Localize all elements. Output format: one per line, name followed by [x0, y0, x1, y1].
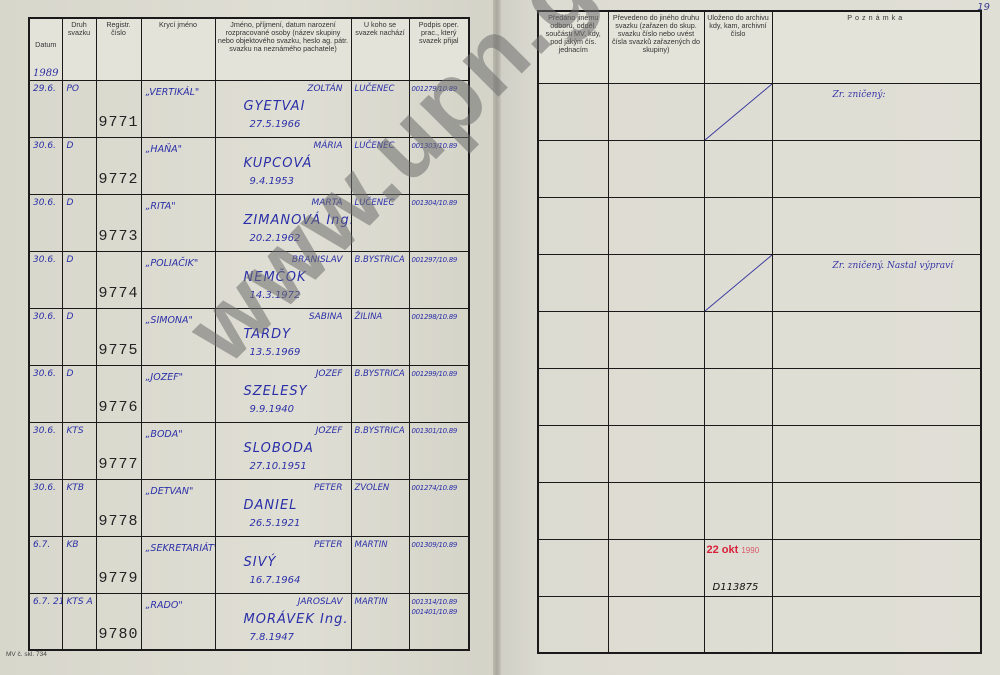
location-cell: B.BYSTRICA	[351, 365, 409, 422]
ledger-row-right: 22 okt 1990D113875	[538, 539, 981, 596]
kryci-cell: „DETVAN"	[141, 479, 215, 536]
location: MARTIN	[355, 540, 388, 550]
left-ledger-table: Datum 1989 Druh svazku Registr. číslo Kr…	[28, 17, 470, 651]
kryci-cell: „BODA"	[141, 422, 215, 479]
note: Zr. zničený:	[833, 90, 886, 100]
person-cell: PETERSIVÝ16.7.1964	[215, 536, 351, 593]
converted-cell	[608, 482, 704, 539]
person-cell: JAROSLAVMORÁVEK Ing.7.8.1947	[215, 593, 351, 650]
registration-number: 19777	[96, 456, 139, 473]
date: 30.6.	[33, 426, 56, 436]
last-name: ZIMANOVÁ Ing.	[244, 213, 352, 228]
file-type: D	[67, 312, 74, 322]
last-name: MORÁVEK Ing.	[244, 612, 349, 627]
person-cell: MÁRIAKUPCOVÁ9.4.1953	[215, 137, 351, 194]
date: 30.6.	[33, 312, 56, 322]
birth-date: 26.5.1921	[250, 518, 301, 529]
ledger-row-right	[538, 425, 981, 482]
location: B.BYSTRICA	[355, 369, 405, 379]
location-cell: LUČENEC	[351, 80, 409, 137]
birth-date: 27.5.1966	[250, 119, 301, 130]
reg-cell: 19777	[96, 422, 141, 479]
signature-cell: 001301/10.89	[409, 422, 469, 479]
location-cell: LUČENEC	[351, 137, 409, 194]
transferred-cell	[538, 539, 608, 596]
date-cell: 6.7. 21.11.89	[29, 593, 62, 650]
header-u-koho: U koho se svazek nachází	[351, 18, 409, 80]
transferred-cell	[538, 83, 608, 140]
druh-cell: KTS A	[62, 593, 96, 650]
header-ulozeno: Uloženo do archivu kdy, kam, archivní čí…	[704, 11, 772, 83]
location-cell: ŽILINA	[351, 308, 409, 365]
signature-ref: 001299/10.89	[412, 370, 458, 378]
converted-cell	[608, 83, 704, 140]
archived-cell	[704, 311, 772, 368]
archived-cell	[704, 425, 772, 482]
ledger-row: 29.6.PO19771„VERTIKÁL"ZOLTÁNGYETVAI27.5.…	[29, 80, 469, 137]
ledger-row: 30.6.D19774„POLIAČIK"BRANISLAVNEMČOK14.3…	[29, 251, 469, 308]
file-type: KTS A	[67, 597, 93, 607]
note-cell	[772, 140, 981, 197]
kryci-cell: „VERTIKÁL"	[141, 80, 215, 137]
kryci-cell: „SIMONA"	[141, 308, 215, 365]
converted-cell	[608, 539, 704, 596]
date-cell: 30.6.	[29, 251, 62, 308]
birth-date: 20.2.1962	[250, 233, 301, 244]
transferred-cell	[538, 596, 608, 653]
ledger-row-right	[538, 368, 981, 425]
signature-ref: 001297/10.89	[412, 256, 458, 264]
note-cell	[772, 596, 981, 653]
note-cell	[772, 311, 981, 368]
transferred-cell	[538, 197, 608, 254]
header-druh: Druh svazku	[62, 18, 96, 80]
location: LUČENEC	[355, 198, 395, 208]
note-cell	[772, 539, 981, 596]
location: ZVOLEN	[355, 483, 390, 493]
ledger-row: 30.6.D19772„HAŇA"MÁRIAKUPCOVÁ9.4.1953LUČ…	[29, 137, 469, 194]
registration-number: 19772	[96, 171, 139, 188]
signature-ref: 001303/10.89	[412, 142, 458, 150]
kryci-cell: „JOZEF"	[141, 365, 215, 422]
druh-cell: KTB	[62, 479, 96, 536]
registration-number: 19780	[96, 626, 139, 643]
druh-cell: D	[62, 251, 96, 308]
archived-cell	[704, 596, 772, 653]
date-cell: 30.6.	[29, 365, 62, 422]
converted-cell	[608, 254, 704, 311]
converted-cell	[608, 197, 704, 254]
birth-date: 13.5.1969	[250, 347, 301, 358]
druh-cell: KTS	[62, 422, 96, 479]
reg-cell: 19773	[96, 194, 141, 251]
date: 30.6.	[33, 198, 56, 208]
header-poznamka: Poznámka	[772, 11, 981, 83]
druh-cell: PO	[62, 80, 96, 137]
ledger-row: 30.6.D19776„JOZEF"JOZEFSZELESY9.9.1940B.…	[29, 365, 469, 422]
transferred-cell	[538, 140, 608, 197]
signature-cell: 001303/10.89	[409, 137, 469, 194]
signature-cell: 001309/10.89	[409, 536, 469, 593]
header-datum-label: Datum	[30, 41, 62, 49]
archived-cell	[704, 197, 772, 254]
location-cell: MARTIN	[351, 536, 409, 593]
person-cell: PETERDANIEL26.5.1921	[215, 479, 351, 536]
file-type: D	[67, 369, 74, 379]
registration-number: 19778	[96, 513, 139, 530]
ledger-row: 30.6.D19775„SIMONA"SABINATARDY13.5.1969Ž…	[29, 308, 469, 365]
ledger-row: 6.7.KB19779„SEKRETARIÁT"PETERSIVÝ16.7.19…	[29, 536, 469, 593]
header-registr: Registr. číslo	[96, 18, 141, 80]
date: 30.6.	[33, 141, 56, 151]
file-type: KTS	[67, 426, 84, 436]
header-kryci-jmeno: Krycí jméno	[141, 18, 215, 80]
archive-stamp: 22 okt 1990	[707, 544, 760, 556]
file-type: PO	[67, 84, 80, 94]
archived-cell	[704, 140, 772, 197]
date-cell: 30.6.	[29, 479, 62, 536]
header-podpis: Podpis oper. prac., který svazek přijal	[409, 18, 469, 80]
signature-cell: 001299/10.89	[409, 365, 469, 422]
reg-cell: 19780	[96, 593, 141, 650]
cover-name: „RITA"	[146, 201, 176, 212]
file-type: KB	[67, 540, 79, 550]
signature-ref: 001304/10.89	[412, 199, 458, 207]
cover-name: „RADO"	[146, 600, 183, 611]
kryci-cell: „HAŇA"	[141, 137, 215, 194]
date-cell: 30.6.	[29, 422, 62, 479]
ledger-row: 6.7. 21.11.89KTS A19780„RADO"JAROSLAVMOR…	[29, 593, 469, 650]
ledger-row: 30.6.KTB19778„DETVAN"PETERDANIEL26.5.192…	[29, 479, 469, 536]
signature-ref-2: 001401/10.89	[412, 608, 458, 616]
date: 6.7.	[33, 540, 50, 550]
reg-cell: 19776	[96, 365, 141, 422]
transferred-cell	[538, 482, 608, 539]
person-cell: JOZEFSZELESY9.9.1940	[215, 365, 351, 422]
ledger-row-right: Zr. zničený. Nastal výpraví	[538, 254, 981, 311]
date-cell: 6.7.	[29, 536, 62, 593]
year-value: 1989	[33, 70, 58, 78]
last-name: SLOBODA	[244, 441, 314, 456]
last-name: GYETVAI	[244, 99, 306, 114]
date: 6.7. 21.11.89	[33, 597, 62, 607]
first-name: BRANISLAV	[292, 255, 343, 265]
signature-cell: 001274/10.89	[409, 479, 469, 536]
book-spine	[493, 0, 501, 675]
registration-number: 19776	[96, 399, 139, 416]
cover-name: „VERTIKÁL"	[146, 87, 200, 98]
person-cell: MARTAZIMANOVÁ Ing.20.2.1962	[215, 194, 351, 251]
header-predano: Předáno jinému odboru, odděl. součásti M…	[538, 11, 608, 83]
note-cell	[772, 425, 981, 482]
date: 29.6.	[33, 84, 56, 94]
reg-cell: 19772	[96, 137, 141, 194]
cross-out-line-icon	[705, 255, 772, 311]
birth-date: 14.3.1972	[250, 290, 301, 301]
last-name: SIVÝ	[244, 555, 277, 570]
first-name: PETER	[314, 483, 343, 493]
registration-number: 19774	[96, 285, 139, 302]
location: MARTIN	[355, 597, 388, 607]
date-cell: 29.6.	[29, 80, 62, 137]
file-type: D	[67, 141, 74, 151]
date: 30.6.	[33, 483, 56, 493]
converted-cell	[608, 311, 704, 368]
date-cell: 30.6.	[29, 308, 62, 365]
signature-ref: 001314/10.89	[412, 598, 458, 606]
birth-date: 9.9.1940	[250, 404, 295, 415]
note-cell	[772, 197, 981, 254]
ledger-row: 30.6.KTS19777„BODA"JOZEFSLOBODA27.10.195…	[29, 422, 469, 479]
header-prevedeno: Převedeno do jiného druhu svazku (zařaze…	[608, 11, 704, 83]
birth-date: 27.10.1951	[250, 461, 307, 472]
person-cell: JOZEFSLOBODA27.10.1951	[215, 422, 351, 479]
location-cell: B.BYSTRICA	[351, 422, 409, 479]
registration-number: 19773	[96, 228, 139, 245]
location-cell: LUČENEC	[351, 194, 409, 251]
signature-cell: 001304/10.89	[409, 194, 469, 251]
converted-cell	[608, 425, 704, 482]
ledger-row-right: Zr. zničený:	[538, 83, 981, 140]
ledger-row: 30.6.D19773„RITA"MARTAZIMANOVÁ Ing.20.2.…	[29, 194, 469, 251]
registration-number: 19775	[96, 342, 139, 359]
registration-number: 19771	[96, 114, 139, 131]
ledger-row-right	[538, 596, 981, 653]
signature-cell: 001314/10.89001401/10.89	[409, 593, 469, 650]
ledger-row-right	[538, 140, 981, 197]
location: LUČENEC	[355, 141, 395, 151]
person-cell: ZOLTÁNGYETVAI27.5.1966	[215, 80, 351, 137]
registration-number: 19779	[96, 570, 139, 587]
kryci-cell: „RADO"	[141, 593, 215, 650]
transferred-cell	[538, 368, 608, 425]
file-type: D	[67, 255, 74, 265]
first-name: PETER	[314, 540, 343, 550]
note-cell: Zr. zničený. Nastal výpraví	[772, 254, 981, 311]
ledger-row-right	[538, 311, 981, 368]
cover-name: „SEKRETARIÁT"	[146, 543, 216, 554]
kryci-cell: „POLIAČIK"	[141, 251, 215, 308]
birth-date: 9.4.1953	[250, 176, 295, 187]
stamp-day-month: 22 okt	[707, 544, 739, 556]
signature-cell: 001297/10.89	[409, 251, 469, 308]
first-name: JOZEF	[316, 426, 343, 436]
first-name: JOZEF	[316, 369, 343, 379]
first-name: MÁRIA	[314, 141, 343, 151]
signature-cell: 001298/10.89	[409, 308, 469, 365]
archived-cell	[704, 254, 772, 311]
location: LUČENEC	[355, 84, 395, 94]
druh-cell: D	[62, 308, 96, 365]
converted-cell	[608, 140, 704, 197]
cover-name: „SIMONA"	[146, 315, 193, 326]
archived-cell	[704, 83, 772, 140]
cover-name: „BODA"	[146, 429, 183, 440]
first-name: JAROSLAV	[298, 597, 343, 607]
reg-cell: 19775	[96, 308, 141, 365]
transferred-cell	[538, 425, 608, 482]
cross-out-line-icon	[705, 84, 772, 140]
converted-cell	[608, 596, 704, 653]
ledger-row-right	[538, 197, 981, 254]
last-name: TARDY	[244, 327, 292, 342]
location-cell: MARTIN	[351, 593, 409, 650]
signature-cell: 001279/10.89	[409, 80, 469, 137]
first-name: MARTA	[311, 198, 342, 208]
date: 30.6.	[33, 255, 56, 265]
note-cell	[772, 482, 981, 539]
note-cell	[772, 368, 981, 425]
last-name: NEMČOK	[244, 270, 307, 285]
reg-cell: 19771	[96, 80, 141, 137]
archived-cell	[704, 482, 772, 539]
transferred-cell	[538, 311, 608, 368]
last-name: SZELESY	[244, 384, 308, 399]
cover-name: „POLIAČIK"	[146, 258, 199, 269]
form-code: MV č. skl. 734	[6, 651, 47, 658]
cover-name: „HAŇA"	[146, 144, 183, 155]
file-type: KTB	[67, 483, 85, 493]
note-cell: Zr. zničený:	[772, 83, 981, 140]
cover-name: „DETVAN"	[146, 486, 194, 497]
signature-ref: 001279/10.89	[412, 85, 458, 93]
archived-cell: 22 okt 1990D113875	[704, 539, 772, 596]
person-cell: SABINATARDY13.5.1969	[215, 308, 351, 365]
signature-ref: 001274/10.89	[412, 484, 458, 492]
location: B.BYSTRICA	[355, 426, 405, 436]
reg-cell: 19779	[96, 536, 141, 593]
kryci-cell: „RITA"	[141, 194, 215, 251]
signature-ref: 001309/10.89	[412, 541, 458, 549]
birth-date: 16.7.1964	[250, 575, 301, 586]
birth-date: 7.8.1947	[250, 632, 295, 643]
stamp-year: 1990	[741, 546, 759, 555]
cover-name: „JOZEF"	[146, 372, 184, 383]
person-cell: BRANISLAVNEMČOK14.3.1972	[215, 251, 351, 308]
reg-cell: 19774	[96, 251, 141, 308]
location: ŽILINA	[355, 312, 383, 322]
last-name: DANIEL	[244, 498, 298, 513]
signature-ref: 001301/10.89	[412, 427, 458, 435]
kryci-cell: „SEKRETARIÁT"	[141, 536, 215, 593]
last-name: KUPCOVÁ	[244, 156, 313, 171]
ledger-row-right	[538, 482, 981, 539]
date-cell: 30.6.	[29, 194, 62, 251]
druh-cell: KB	[62, 536, 96, 593]
location: B.BYSTRICA	[355, 255, 405, 265]
druh-cell: D	[62, 137, 96, 194]
archive-number: D113875	[713, 582, 759, 593]
converted-cell	[608, 368, 704, 425]
reg-cell: 19778	[96, 479, 141, 536]
note: Zr. zničený. Nastal výpraví	[833, 261, 954, 271]
date-cell: 30.6.	[29, 137, 62, 194]
header-jmeno: Jméno, příjmení, datum narození rozpraco…	[215, 18, 351, 80]
druh-cell: D	[62, 365, 96, 422]
right-ledger-table: Předáno jinému odboru, odděl. součásti M…	[537, 10, 982, 654]
signature-ref: 001298/10.89	[412, 313, 458, 321]
date: 30.6.	[33, 369, 56, 379]
first-name: ZOLTÁN	[307, 84, 342, 94]
location-cell: ZVOLEN	[351, 479, 409, 536]
page-number: 19	[977, 2, 990, 13]
first-name: SABINA	[309, 312, 343, 322]
archived-cell	[704, 368, 772, 425]
druh-cell: D	[62, 194, 96, 251]
transferred-cell	[538, 254, 608, 311]
location-cell: B.BYSTRICA	[351, 251, 409, 308]
header-datum: Datum 1989	[29, 18, 62, 80]
file-type: D	[67, 198, 74, 208]
